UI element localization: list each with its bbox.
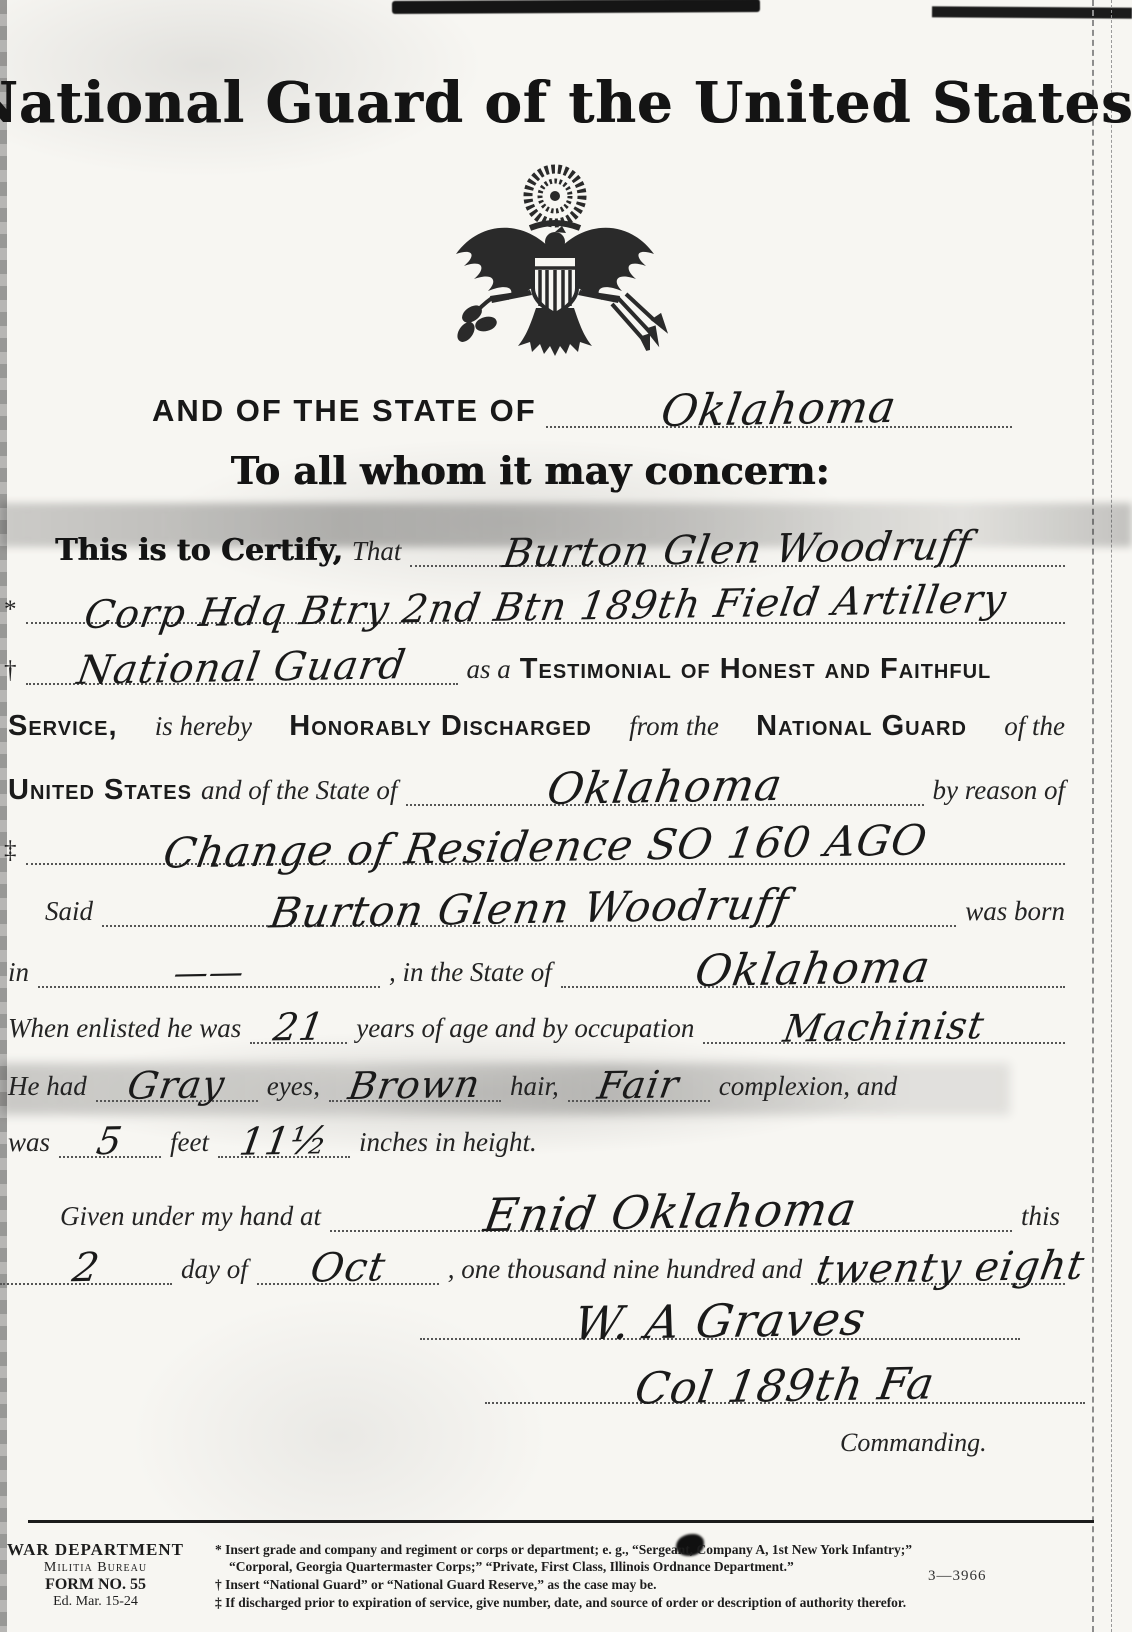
- month-value: Oct: [308, 1252, 387, 1283]
- scan-artifact-left-edge: [0, 0, 7, 1632]
- signature-name-value: W. A Graves: [572, 1301, 869, 1341]
- complexion-label: complexion, and: [719, 1071, 897, 1102]
- inches-value: 11½: [238, 1126, 331, 1156]
- was-label: was: [8, 1127, 50, 1158]
- commanding-label: Commanding.: [840, 1428, 987, 1458]
- footer-separator-line: [28, 1520, 1094, 1523]
- footnote-dagger: † Insert “National Guard” or “National G…: [229, 1577, 975, 1594]
- signature-fill-line: W. A Graves: [420, 1300, 1020, 1340]
- title-text: National Guard of the United States: [0, 70, 1132, 136]
- commanding-line: Commanding.: [840, 1428, 987, 1458]
- when-enlisted-label: When enlisted he was: [8, 1013, 241, 1044]
- testimonial-label: Testimonial of Honest and Faithful: [520, 653, 991, 686]
- unit-fill-line: Corp Hdq Btry 2nd Btn 189th Field Artill…: [26, 590, 1066, 624]
- form-number-label: FORM NO. 55: [0, 1576, 205, 1594]
- unit-value: Corp Hdq Btry 2nd Btn 189th Field Artill…: [82, 585, 1008, 630]
- discharge-certificate-document: National Guard of the United States: [0, 0, 1132, 1632]
- from-the-label: from the: [629, 711, 719, 742]
- salutation-text: To all whom it may concern:: [231, 448, 830, 493]
- footnote-asterisk: * Insert grade and company and regiment …: [229, 1542, 975, 1576]
- he-had-label: He had: [8, 1071, 87, 1102]
- state-fill-line: Oklahoma: [546, 390, 1012, 428]
- dagger-footnote-marker: †: [4, 657, 17, 685]
- state-line-label: AND OF THE STATE OF: [152, 393, 537, 429]
- occupation-fill-line: Machinist: [703, 1010, 1065, 1044]
- salutation: To all whom it may concern:: [0, 448, 1060, 493]
- said-label: Said: [45, 896, 93, 927]
- height-line: was 5 feet 11½ inches in height.: [8, 1124, 768, 1158]
- of-the-label: of the: [1004, 711, 1065, 742]
- certify-label: This is to Certify,: [55, 533, 343, 568]
- service-label: Service,: [8, 710, 118, 743]
- given-line: Given under my hand at Enid Oklahoma thi…: [60, 1192, 1060, 1232]
- born-line: Said Burton Glenn Woodruff was born: [45, 890, 1065, 927]
- page-fold-line: [1111, 0, 1112, 1632]
- by-reason-label: by reason of: [933, 775, 1065, 806]
- description-line: He had Gray eyes, Brown hair, Fair compl…: [8, 1068, 908, 1102]
- hair-fill-line: Brown: [329, 1068, 501, 1102]
- eyes-fill-line: Gray: [96, 1068, 258, 1102]
- national-guard-label: National Guard: [756, 710, 967, 743]
- born-name-value: Burton Glenn Woodruff: [267, 888, 790, 929]
- is-hereby-label: is hereby: [155, 711, 252, 742]
- enlistment-line: When enlisted he was 21 years of age and…: [8, 1010, 1065, 1044]
- footnote-double-dagger: ‡ If discharged prior to expiration of s…: [229, 1595, 975, 1612]
- birth-state-value: Oklahoma: [693, 951, 933, 988]
- footer-footnotes: * Insert grade and company and regiment …: [215, 1542, 975, 1613]
- certify-line: This is to Certify, That Burton Glen Woo…: [55, 532, 1065, 568]
- complexion-value: Fair: [596, 1070, 682, 1100]
- feet-value: 5: [95, 1127, 125, 1156]
- occupation-value: Machinist: [782, 1011, 987, 1043]
- birthplace-line: in —— , in the State of Oklahoma: [8, 950, 1065, 988]
- document-title: National Guard of the United States: [0, 70, 1100, 136]
- hair-value: Brown: [347, 1070, 483, 1101]
- great-seal-eagle-icon: [430, 158, 680, 370]
- state-handwritten-value: Oklahoma: [659, 391, 899, 428]
- given-label: Given under my hand at: [60, 1201, 321, 1232]
- footer-form-identification: WAR DEPARTMENT Militia Bureau FORM NO. 5…: [0, 1540, 205, 1610]
- birthplace-fill-line: ——: [38, 958, 380, 988]
- united-states-label: United States: [8, 774, 192, 807]
- month-fill-line: Oct: [257, 1250, 439, 1285]
- print-code: 3—3966: [928, 1568, 987, 1585]
- signature-rank-value: Col 189th Fa: [633, 1367, 937, 1405]
- date-line: 2 day of Oct , one thousand nine hundred…: [0, 1250, 1065, 1285]
- birth-state-fill-line: Oklahoma: [561, 950, 1065, 988]
- eyes-label: eyes,: [267, 1071, 320, 1102]
- feet-label: feet: [170, 1127, 209, 1158]
- united-states-line: United States and of the State of Oklaho…: [8, 768, 1065, 807]
- scan-artifact-top-bar: [392, 0, 760, 14]
- year-prefix-label: , one thousand nine hundred and: [448, 1254, 802, 1285]
- militia-bureau-label: Militia Bureau: [0, 1560, 205, 1576]
- hair-label: hair,: [510, 1071, 559, 1102]
- in-state-of-label: , in the State of: [389, 957, 552, 988]
- unit-line: * Corp Hdq Btry 2nd Btn 189th Field Arti…: [4, 590, 1065, 624]
- state-line: AND OF THE STATE OF Oklahoma: [152, 390, 1012, 429]
- service-line: Service, is hereby Honorably Discharged …: [8, 710, 1065, 743]
- soldier-name-value: Burton Glen Woodruff: [501, 531, 974, 569]
- honorably-discharged-label: Honorably Discharged: [289, 710, 592, 743]
- organization-fill-line: National Guard: [26, 650, 458, 685]
- in-label: in: [8, 957, 29, 988]
- this-label: this: [1021, 1201, 1060, 1232]
- eyes-value: Gray: [126, 1070, 227, 1100]
- birthplace-value: ——: [172, 960, 246, 987]
- scan-artifact-top-bar-right: [932, 6, 1132, 18]
- was-born-label: was born: [965, 896, 1065, 927]
- day-of-label: day of: [181, 1254, 248, 1285]
- soldier-name-fill-line: Burton Glen Woodruff: [410, 532, 1065, 567]
- asterisk-footnote-marker: *: [4, 596, 17, 624]
- rank-fill-line: Col 189th Fa: [485, 1366, 1085, 1404]
- feet-fill-line: 5: [59, 1124, 161, 1158]
- page-fold-line: [1092, 0, 1094, 1632]
- double-dagger-footnote-marker: ‡: [4, 837, 17, 865]
- organization-value: National Guard: [75, 650, 408, 686]
- discharge-state-fill-line: Oklahoma: [406, 768, 923, 806]
- occupation-prefix-label: years of age and by occupation: [356, 1013, 694, 1044]
- reason-value: Change of Residence SO 160 AGO: [161, 824, 929, 869]
- edition-label: Ed. Mar. 15-24: [0, 1594, 205, 1610]
- year-fill-line: twenty eight: [811, 1250, 1065, 1285]
- day-value: 2: [70, 1253, 101, 1283]
- place-fill-line: Enid Oklahoma: [330, 1192, 1012, 1232]
- day-fill-line: 2: [0, 1250, 172, 1285]
- place-value: Enid Oklahoma: [482, 1192, 860, 1233]
- discharge-state-value: Oklahoma: [545, 769, 785, 806]
- age-fill-line: 21: [250, 1010, 347, 1044]
- year-value: twenty eight: [814, 1251, 1087, 1286]
- war-department-label: WAR DEPARTMENT: [0, 1540, 205, 1560]
- reason-fill-line: Change of Residence SO 160 AGO: [26, 828, 1066, 865]
- complexion-fill-line: Fair: [568, 1068, 710, 1102]
- guard-line: † National Guard as a Testimonial of Hon…: [4, 650, 1065, 686]
- born-name-fill-line: Burton Glenn Woodruff: [102, 890, 956, 927]
- and-of-state-label: and of the State of: [201, 775, 397, 806]
- reason-line: ‡ Change of Residence SO 160 AGO: [4, 828, 1065, 865]
- age-value: 21: [271, 1013, 326, 1042]
- inches-fill-line: 11½: [218, 1124, 350, 1158]
- inches-label: inches in height.: [359, 1127, 537, 1158]
- as-a-label: as a: [467, 654, 511, 685]
- certify-that-label: That: [352, 536, 402, 567]
